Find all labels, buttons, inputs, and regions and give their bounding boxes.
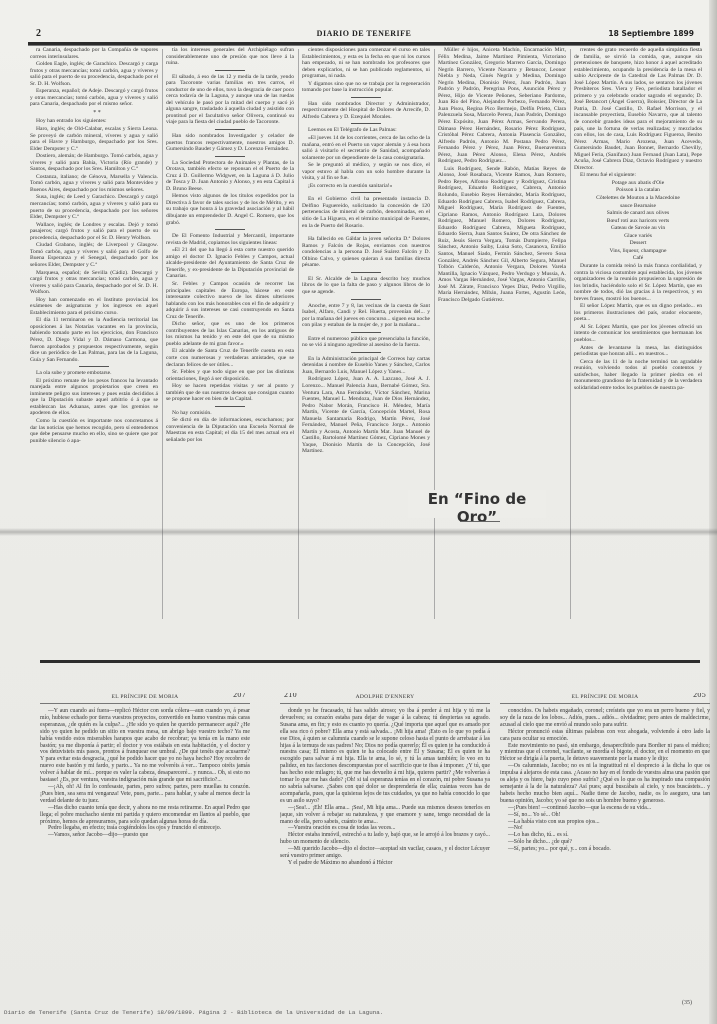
article-paragraph: Dessert — [574, 240, 702, 247]
serial-paragraph: —¡Pues bien! —continuó Jacobo—que la esc… — [500, 805, 710, 812]
article-paragraph: Gateau de Savoie au vin — [574, 225, 702, 232]
serial-page-205: EL PRÍNCIPE DE MORIA 205 conocidos. Os h… — [500, 693, 710, 998]
serial-paragraph: —Lo has dicho, tú... es sí. — [500, 832, 710, 839]
article-separator — [215, 156, 245, 157]
article-paragraph: «El jueves 14 de los corrientes, cerca d… — [302, 135, 430, 161]
serial-paragraph: Y el padre de Máximo no abandonó á Hécto… — [280, 860, 490, 867]
masthead: 2 DIARIO DE TENERIFE 18 Septiembre 1899 — [28, 26, 700, 42]
article-separator — [351, 299, 381, 300]
article-paragraph: Salmis de canard aux olives — [574, 210, 702, 217]
article-paragraph: Hoy se hacen repetidas visitas y ser al … — [166, 383, 294, 403]
serial-paragraph: conocidos. Os habeis engañado, coronel; … — [500, 708, 710, 729]
article-paragraph: Müller é hijos, Aniceta Machín, Encarnac… — [438, 47, 566, 165]
article-separator — [351, 232, 381, 233]
article-paragraph: El menu fué el siguiente: — [574, 172, 702, 179]
article-separator — [215, 129, 245, 130]
article-paragraph: Dicho señor, que es uno de los primeros … — [166, 321, 294, 347]
article-paragraph: El Sr. Alcalde de la Laguna descrito hoy… — [302, 276, 430, 296]
running-title: ADOLPHE D'ENNERY — [280, 694, 490, 701]
article-paragraph: Ciudad Grabano, inglés; de Liverpool y G… — [30, 242, 158, 268]
article-paragraph: En la Administración principal de Correo… — [302, 356, 430, 376]
serial-paragraph: —Y aun cuando así fuera—replicó Héctor c… — [40, 708, 250, 784]
page-edge-shadow — [709, 0, 717, 1024]
section-rule — [40, 660, 700, 663]
article-separator — [351, 123, 381, 124]
article-paragraph: La Sociedad Protectora de Animales y Pla… — [166, 160, 294, 193]
running-title: EL PRÍNCIPE DE MORIA — [40, 694, 250, 701]
article-paragraph: El día 11 terminaron en la Audiencia ter… — [30, 317, 158, 363]
article-paragraph: Rodríguez López, Juan A. A. Lazcano, Jos… — [302, 376, 430, 455]
article-paragraph: Anoche, entre 7 y 8, las vecinas de la c… — [302, 303, 430, 329]
article-paragraph: Hemos visto algunos de los títulos exped… — [166, 193, 294, 226]
serial-paragraph: —Mi querido Jacobo—dijo el doctor—acepta… — [280, 846, 490, 860]
newspaper-page: 2 DIARIO DE TENERIFE 18 Septiembre 1899 … — [0, 0, 717, 1024]
article-paragraph: Glace variés — [574, 233, 702, 240]
serial-page-210: ADOLPHE D'ENNERY 210 donde yo he fracasa… — [280, 693, 490, 998]
serial-paragraph: —Sólo he dicho... ¿de qué? — [500, 839, 710, 846]
article-paragraph: Sr. Febles y que todo sigue en que por l… — [166, 369, 294, 382]
article-paragraph: Susa, inglés; de Leed y Garachico. Desca… — [30, 194, 158, 220]
serial-page-207: EL PRÍNCIPE DE MORIA 207 —Y aun cuando a… — [40, 693, 250, 998]
article-paragraph: El alcalde de Santa Cruz de Tenerife cue… — [166, 348, 294, 368]
advertisement-rule — [460, 521, 500, 522]
article-paragraph: tía los intereses generales del Archipié… — [166, 47, 294, 67]
serial-running-head: ADOLPHE D'ENNERY 210 — [280, 693, 490, 704]
article-paragraph: Antes de levantarse la mesa, las disting… — [574, 345, 702, 358]
advertisement-heading: En “Fino de Oro” — [408, 490, 546, 518]
article-paragraph: Al Sr. López Martín, que por los jóvenes… — [574, 324, 702, 344]
header-rule — [28, 42, 700, 46]
article-paragraph: cientes disposiciones para comenzar el c… — [302, 47, 430, 80]
article-separator — [215, 229, 245, 230]
serial-paragraph: —La había visto con sus propios ojos... — [500, 819, 710, 826]
article-paragraph: Como la cuestión es importante nos concr… — [30, 418, 158, 444]
article-paragraph: Bœuf rotí aux haricots verts — [574, 218, 702, 225]
running-title: EL PRÍNCIPE DE MORIA — [500, 694, 710, 701]
article-paragraph: El sábado, á eso de las 12 y media de la… — [166, 74, 294, 126]
article-paragraph: Se dictó en día de informaciones, escuch… — [166, 417, 294, 443]
article-separator — [351, 97, 381, 98]
issue-date: 18 Septiembre 1899 — [608, 29, 694, 38]
article-paragraph: Potage aux abatis d'Oie — [574, 180, 702, 187]
article-paragraph: Hoy han entrado los siguientes: — [30, 118, 158, 125]
serial-paragraph: —Os calumniais, Jacobo; no es ni la ingr… — [500, 763, 710, 804]
serial-paragraph: —Has dicho cuanto tenía que decir, y aho… — [40, 805, 250, 826]
serial-paragraph: Pedro llegaba, en efecto; traía cogiéndo… — [40, 825, 250, 832]
article-paragraph: Cerca de las 11 de la noche terminó tan … — [574, 359, 702, 392]
serial-paragraph: Héctor estaba inmóvil, estrechó a tu lad… — [280, 832, 490, 846]
corner-mark: (35) — [682, 1000, 692, 1006]
article-paragraph: Café — [574, 255, 702, 262]
article-paragraph: Se le preguntó al médico, y según se nos… — [302, 162, 430, 182]
serial-paragraph: —¡Ah, oh! Al fin lo confesaste, partes, … — [40, 784, 250, 805]
article-paragraph: Durante la comida reinó la más franca co… — [574, 263, 702, 302]
article-paragraph: En el Gobierno civil ha presentado insta… — [302, 196, 430, 229]
article-paragraph: Hoy han comenzado en el Instituto provin… — [30, 297, 158, 317]
article-paragraph: Dostiero, alemán; de Hamburgo. Tomó carb… — [30, 153, 158, 173]
article-separator — [79, 366, 109, 367]
article-separator — [215, 406, 245, 407]
article-paragraph: No hay comisión. — [166, 410, 294, 417]
serial-paragraph: —¡Sea!... ¡Eh! Ella ama... ¡Sea!, Mi hij… — [280, 805, 490, 826]
serial-page-number: 205 — [693, 693, 706, 699]
article-paragraph: ra Canaria, despachado por la Compañía d… — [30, 47, 158, 60]
article-paragraph: Leemos en El Telégrafo de Las Palmas: — [302, 127, 430, 134]
article-paragraph: Ha fallecido en Gáldar la joven señorita… — [302, 236, 430, 269]
article-paragraph: Costanza, italiano; de Génova, Marsella … — [30, 174, 158, 194]
article-paragraph: Sr. Febles y Campos ocasión de recorrer … — [166, 281, 294, 320]
serial-paragraph: —Sí, no... Yo sé... Oh! — [500, 812, 710, 819]
article-paragraph: sauce Bearnaise — [574, 203, 702, 210]
serial-paragraph: —Vuestra oración es cosa de todas las ve… — [280, 825, 490, 832]
serial-running-head: EL PRÍNCIPE DE MORIA 205 — [500, 693, 710, 704]
serial-page-number: 207 — [233, 693, 246, 699]
serial-paragraph: Héctor pronunció estas últimas palabras … — [500, 729, 710, 743]
article-paragraph: Han sido nombrados Investigador y celado… — [166, 133, 294, 153]
article-paragraph: Wallace, inglés; de Londres y escalas. D… — [30, 222, 158, 242]
article-paragraph: ¡Es correcto en la cuestión sanitaria!» — [302, 183, 430, 190]
article-paragraph: Haro, inglés; de Old-Calabar, escalas y … — [30, 126, 158, 152]
article-paragraph: rrentes de grato recuerdo de aquella sim… — [574, 47, 702, 171]
article-separator — [351, 332, 381, 333]
serial-text: conocidos. Os habeis engañado, coronel; … — [500, 708, 710, 853]
article-paragraph: La ola sube y promete embotarse. — [30, 370, 158, 377]
article-separator — [351, 352, 381, 353]
paper-fold-shadow — [0, 528, 717, 536]
serial-page-number: 210 — [284, 693, 297, 699]
article-paragraph: Y digamos sino que no se trabaja por la … — [302, 81, 430, 94]
serial-text: —Y aun cuando así fuera—replicó Héctor c… — [40, 708, 250, 839]
article-paragraph: Han sido nombrados Director y Administra… — [302, 101, 430, 121]
article-paragraph: * * — [30, 110, 158, 117]
newspaper-title: DIARIO DE TENERIFE — [28, 29, 700, 38]
article-paragraph: Entre el numeroso público que presenciab… — [302, 336, 430, 349]
serial-paragraph: —Sí, partes; yo... por qué, y... con á b… — [500, 846, 710, 853]
article-paragraph: El próximo remate de los pesos francos h… — [30, 378, 158, 417]
article-separator — [351, 192, 381, 193]
article-paragraph: Luis Rodríguez, Sende Rabón, Matías Reye… — [438, 166, 566, 303]
article-paragraph: De El Fomento Industrial y Mercantil, im… — [166, 233, 294, 246]
article-separator — [215, 70, 245, 71]
article-paragraph: El señor López Martín, que es un digno p… — [574, 303, 702, 323]
serial-paragraph: donde yo he fracasado, tú has salido air… — [280, 708, 490, 805]
article-paragraph: Marquesa, español; de Sevilla (Cádiz). D… — [30, 270, 158, 296]
serial-paragraph: —Vamos, señor Jacobo—dijo—puesto que — [40, 832, 250, 839]
article-paragraph: Vins, liqueur, champagne — [574, 248, 702, 255]
article-separator — [351, 272, 381, 273]
serial-paragraph: Este movimiento no pasó, sin embargo, de… — [500, 743, 710, 764]
article-paragraph: Golden Eagle, inglés; de Garachico. Desc… — [30, 61, 158, 87]
article-paragraph: Côtelettes de Mouton a la Macedoine — [574, 195, 702, 202]
article-paragraph: Esperanza, español; de Adeje. Descargó y… — [30, 88, 158, 108]
serial-text: donde yo he fracasado, tú has salido air… — [280, 708, 490, 867]
serial-paragraph: —No! — [500, 825, 710, 832]
article-paragraph: «El 21 del que ha llegó á esta corte nue… — [166, 247, 294, 280]
serial-running-head: EL PRÍNCIPE DE MORIA 207 — [40, 693, 250, 704]
article-paragraph: Poisson à la catalan — [574, 187, 702, 194]
archive-citation: Diario de Tenerife (Santa Cruz de Teneri… — [4, 1009, 383, 1016]
